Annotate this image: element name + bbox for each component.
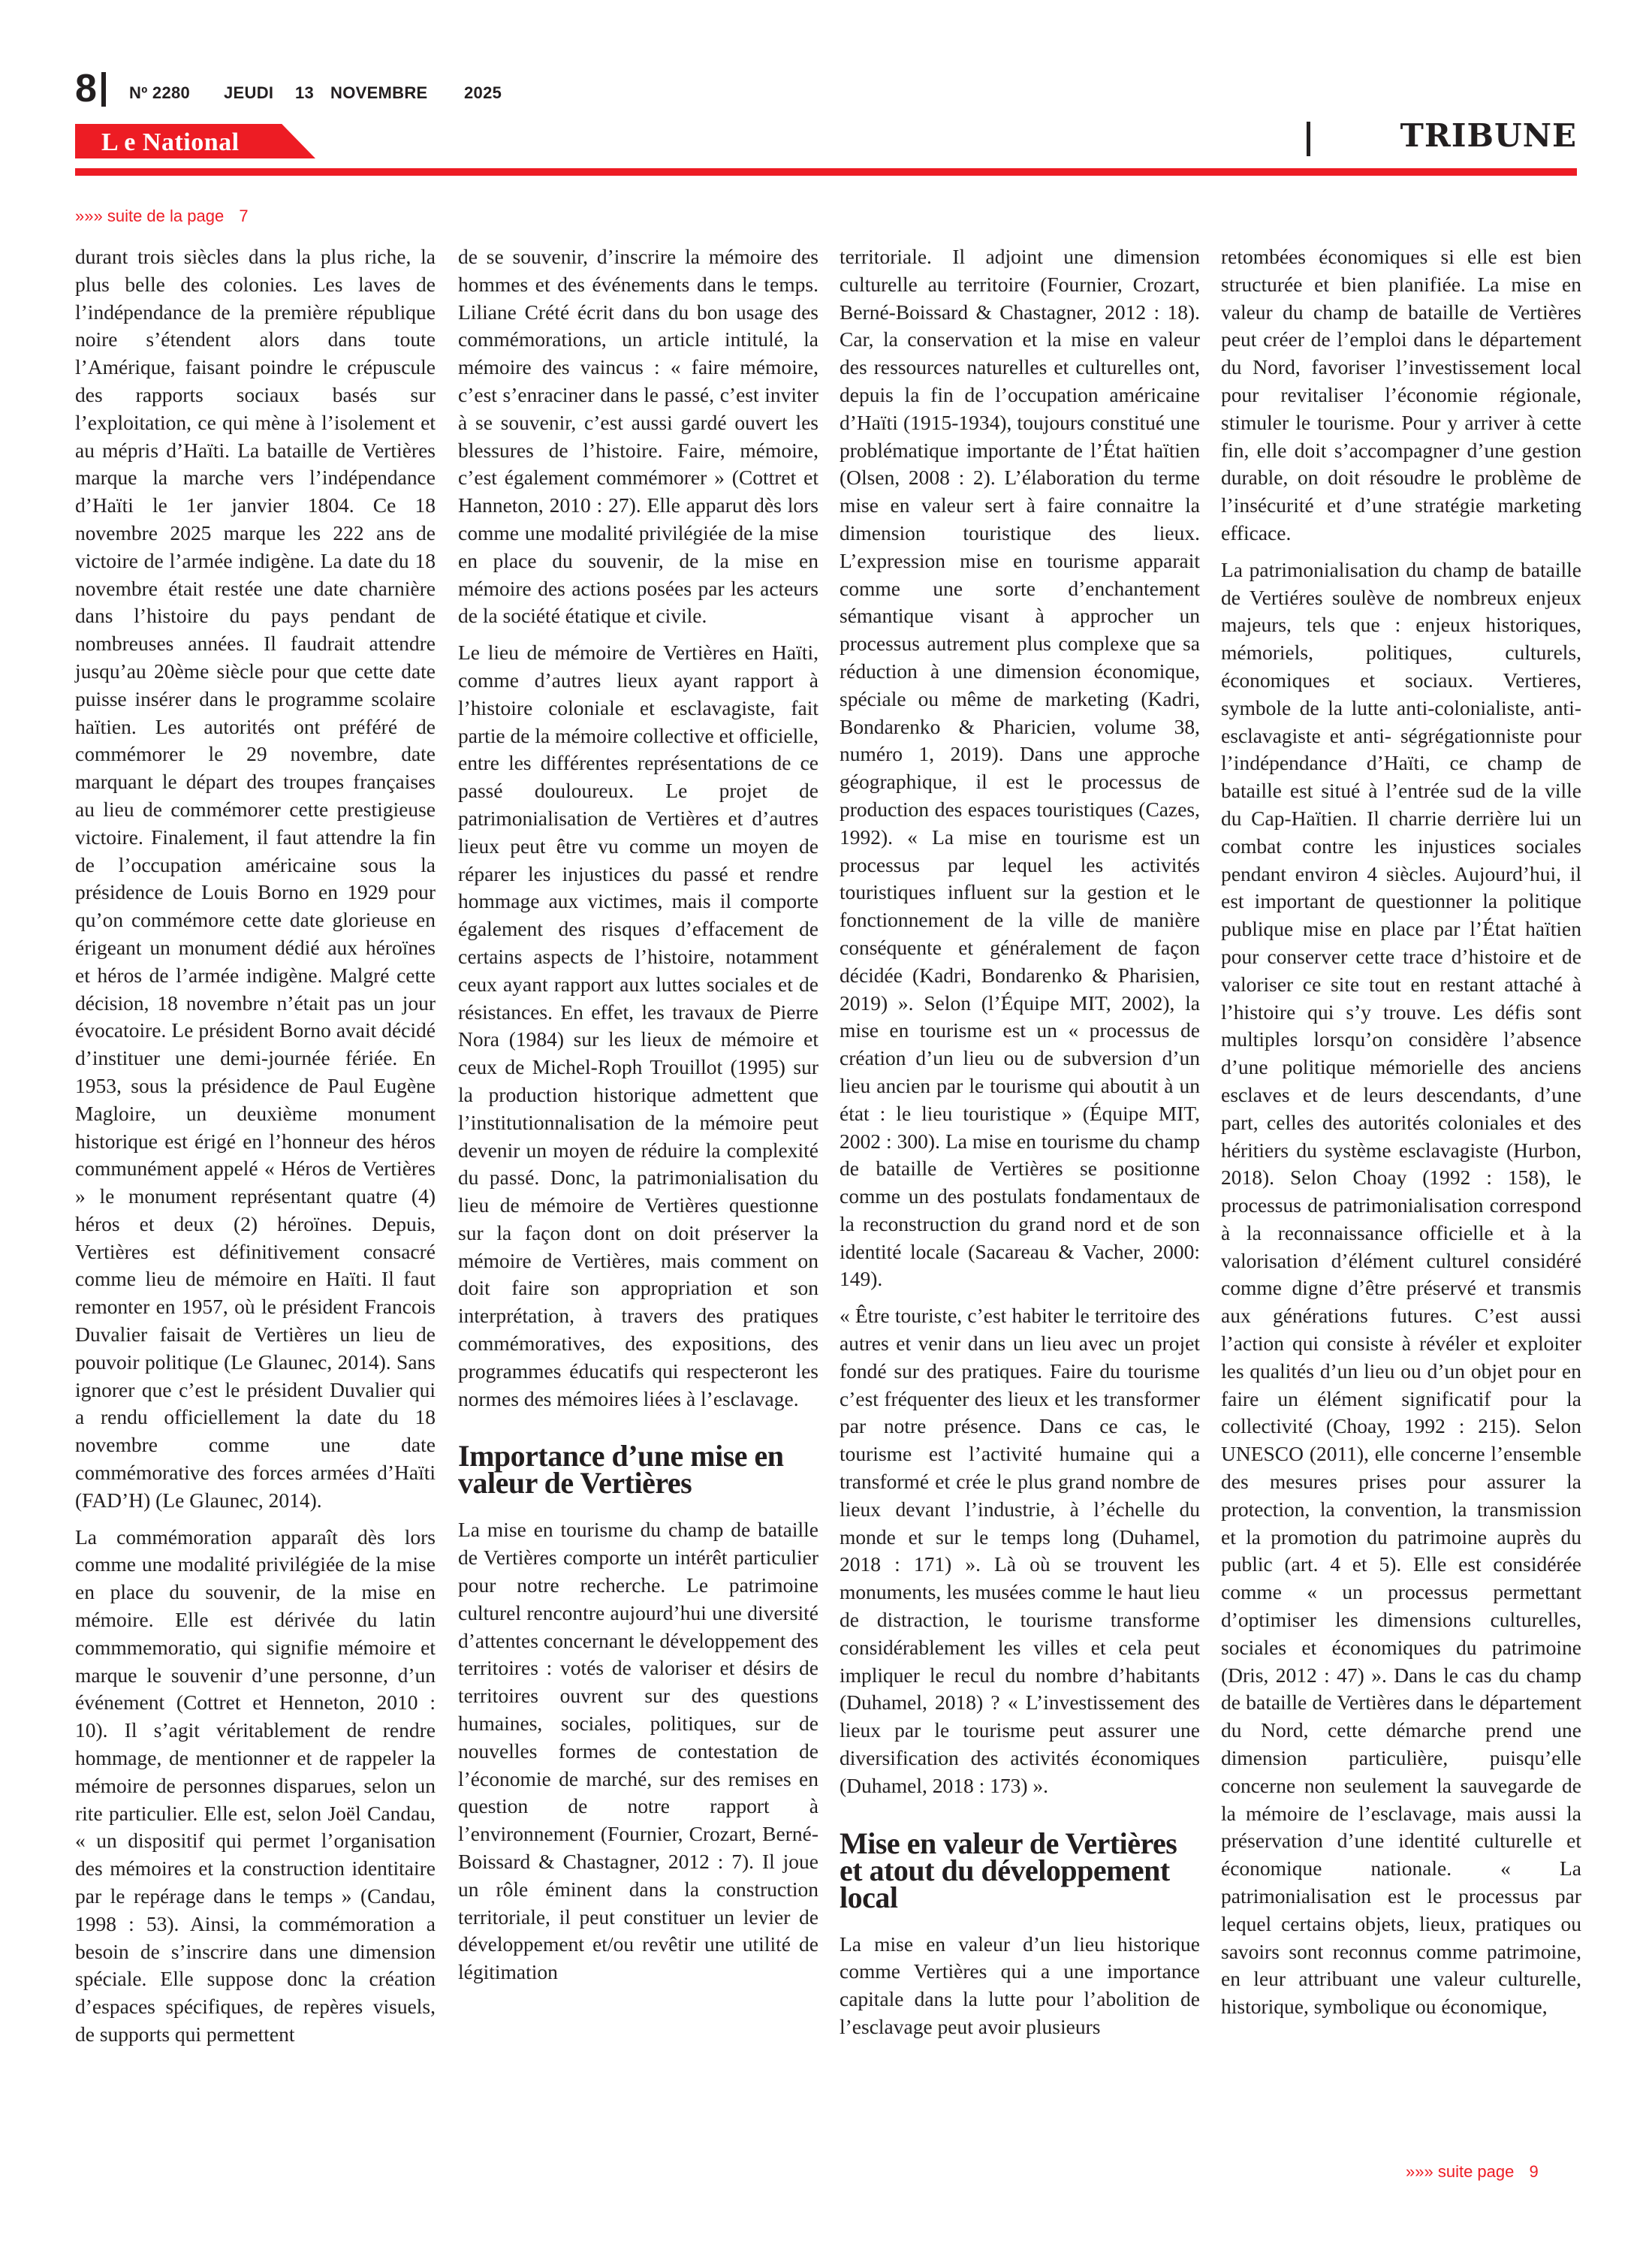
subheading: Importance d’une mise en valeur de Verti… (458, 1443, 818, 1497)
page-number: 8 (75, 69, 97, 108)
paragraph: La mise en valeur d’un lieu historique c… (840, 1931, 1200, 2041)
paragraph: La commémoration apparaît dès lors comme… (75, 1524, 436, 2049)
article-column-4: retombées économiques si elle est bien s… (1221, 243, 1581, 2030)
publication-logo: L e National (101, 129, 240, 156)
paragraph: Le lieu de mémoire de Vertières en Haïti… (458, 639, 818, 1413)
section-title: TRIBUNE (1400, 119, 1577, 153)
article-column-3: territoriale. Il adjoint une dimension c… (840, 243, 1200, 2050)
article-column-2: de se souvenir, d’inscrire la mémoire de… (458, 243, 818, 1995)
jump-label: suite page (1438, 2162, 1515, 2181)
paragraph: de se souvenir, d’inscrire la mémoire de… (458, 243, 818, 630)
header-rule (75, 168, 1577, 176)
issue-day: 13 (295, 84, 314, 102)
paragraph: territoriale. Il adjoint une dimension c… (840, 243, 1200, 1293)
masthead-divider (101, 72, 106, 107)
article-column-1: durant trois siècles dans la plus riche,… (75, 243, 436, 2058)
paragraph: retombées économiques si elle est bien s… (1221, 243, 1581, 547)
issue-number: Nº 2280 (129, 84, 190, 102)
issue-month: NOVEMBRE (330, 84, 428, 102)
jump-page: 7 (239, 207, 248, 225)
paragraph: La patrimonialisation du champ de batail… (1221, 556, 1581, 2021)
jump-arrows: »»» (1406, 2162, 1433, 2181)
jump-page: 9 (1530, 2162, 1539, 2181)
continued-to[interactable]: »»» suite page 9 (1406, 2163, 1539, 2181)
issue-weekday: JEUDI (224, 84, 273, 102)
section-divider (1307, 122, 1310, 156)
paragraph: « Être touriste, c’est habiter le territ… (840, 1302, 1200, 1799)
continued-from[interactable]: »»» suite de la page 7 (75, 207, 249, 225)
jump-label: suite de la page (107, 207, 224, 225)
subheading: Mise en valeur de Vertières et atout du … (840, 1830, 1200, 1911)
paragraph: La mise en tourisme du champ de bataille… (458, 1516, 818, 1986)
issue-year: 2025 (464, 84, 502, 102)
paragraph: durant trois siècles dans la plus riche,… (75, 243, 436, 1515)
jump-arrows: »»» (75, 207, 103, 225)
